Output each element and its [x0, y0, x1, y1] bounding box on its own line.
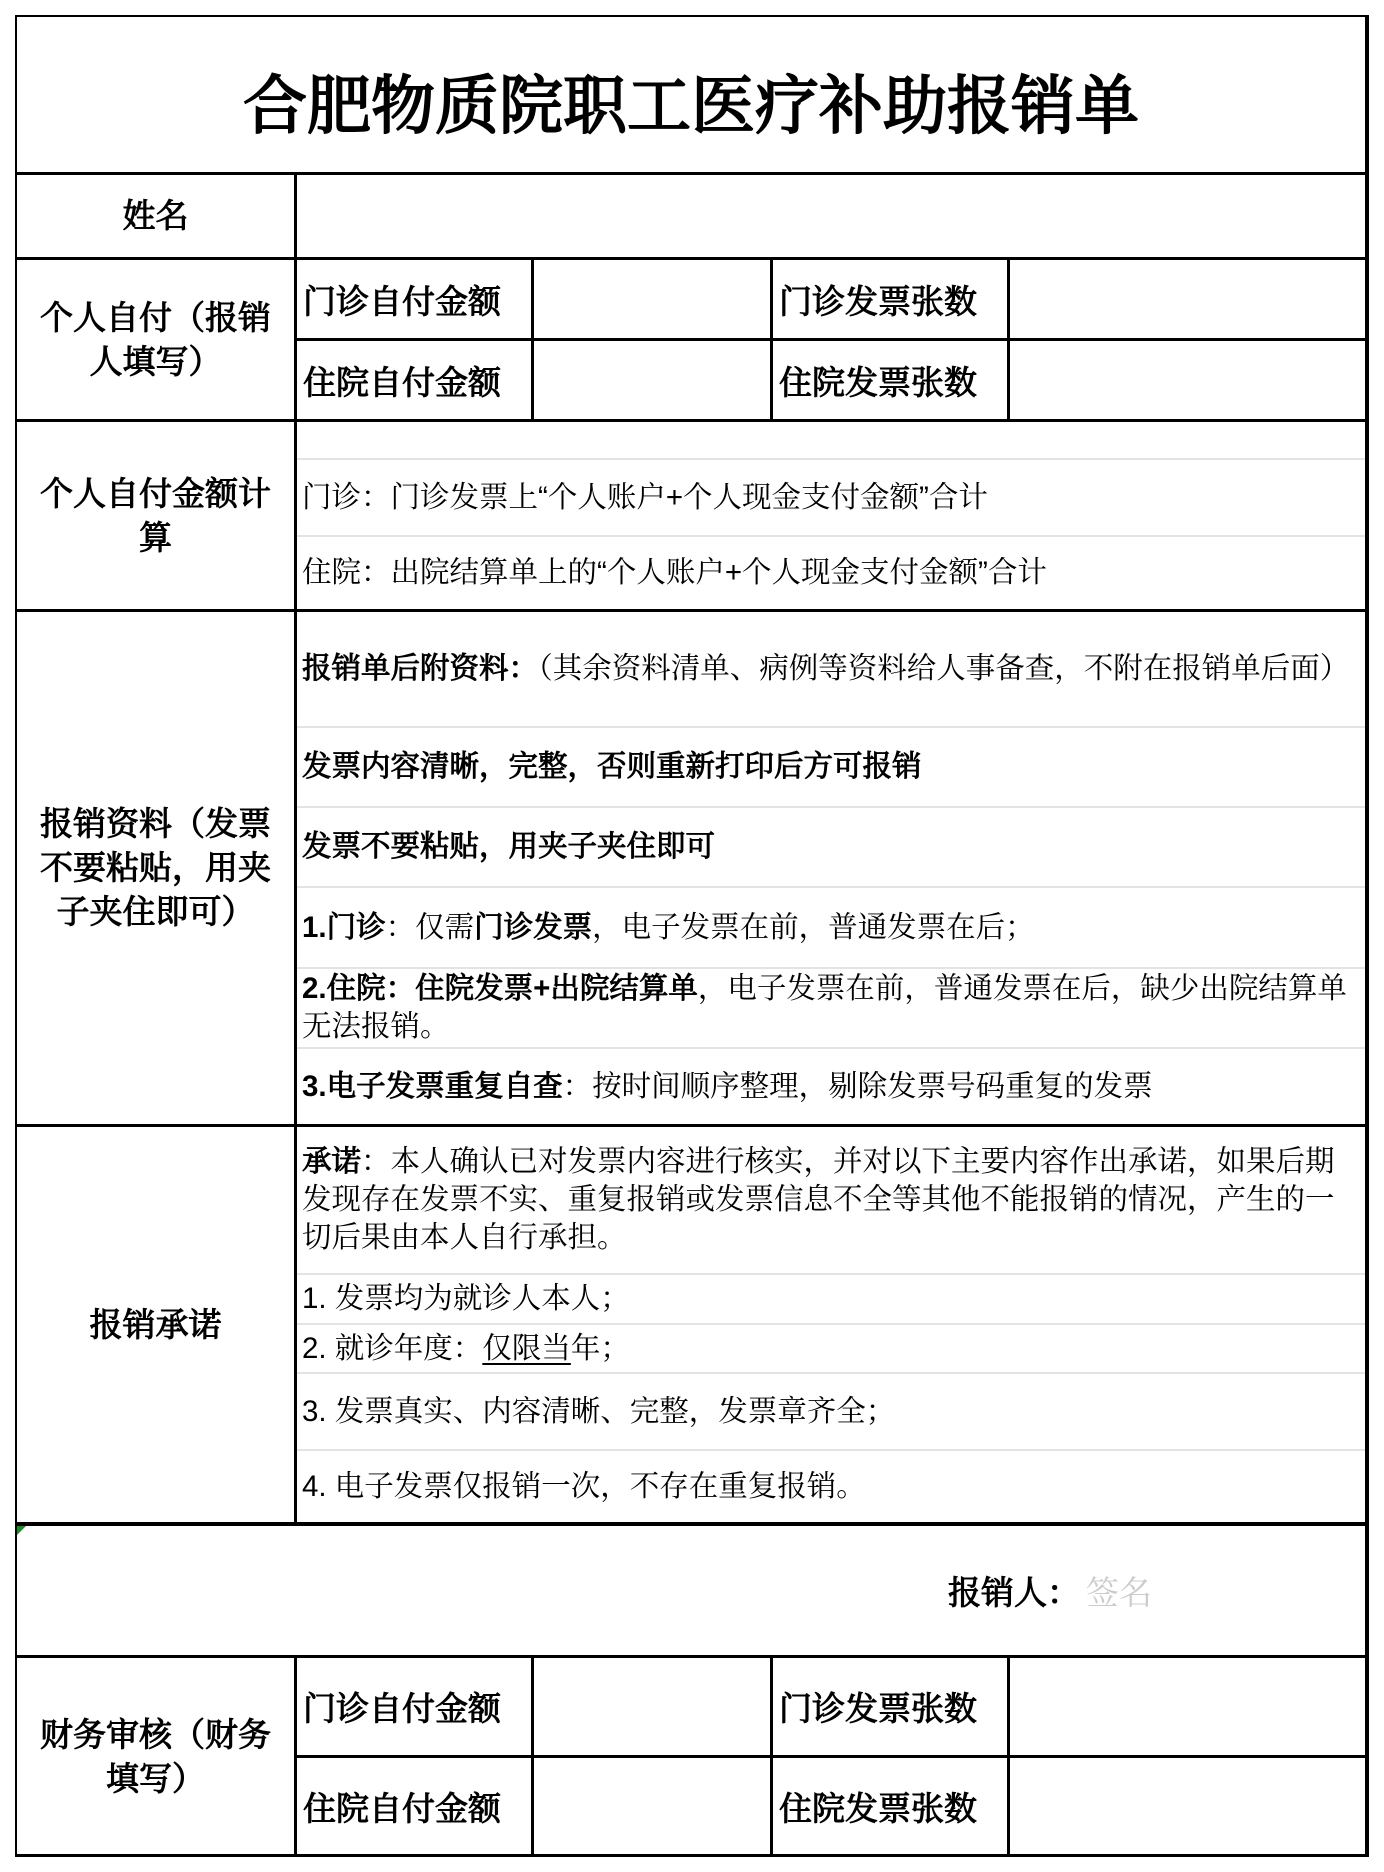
text-segment: （其余资料清单、病例等资料给人事备查，不附在报销单后面） [538, 652, 1349, 685]
materials-item-text: 发票不要粘贴，用夹子夹住即可 [302, 828, 1352, 866]
materials-item: 发票内容清晰，完整，否则重新打印后方可报销 [297, 728, 1365, 806]
signature-field[interactable]: 报销人： 签名 [948, 1526, 1152, 1655]
text-bold-segment: 3.电子发票重复自查 [302, 1070, 563, 1103]
finance-outpatient-invoice-count-label: 门诊发票张数 [773, 1658, 1007, 1755]
commitment-statement-text: 承诺：本人确认已对发票内容进行核实，并对以下主要内容作出承诺，如果后期发现存在发… [302, 1143, 1352, 1257]
materials-item: 发票不要粘贴，用夹子夹住即可 [297, 808, 1365, 886]
text-bold-segment: 发票内容清晰，完整，否则重新打印后方可报销 [302, 750, 922, 783]
calculation-line-outpatient: 门诊：门诊发票上“个人账户+个人现金支付金额”合计 [297, 460, 1365, 535]
materials-item: 报销单后附资料：（其余资料清单、病例等资料给人事备查，不附在报销单后面） [297, 612, 1365, 726]
text-segment: ，电子发票在前，普通发票在后； [592, 911, 1035, 944]
text-bold-segment: 承诺 [302, 1145, 361, 1178]
signature-label: 报销人： [948, 1567, 1080, 1614]
materials-label: 报销资料（发票不要粘贴，用夹子夹住即可） [17, 612, 294, 1124]
signature-placeholder[interactable]: 签名 [1086, 1567, 1152, 1614]
materials-item-text: 1.门诊：仅需门诊发票，电子发票在前，普通发票在后； [302, 909, 1352, 947]
commitment-label: 报销承诺 [17, 1127, 294, 1522]
finance-inpatient-invoice-count-input[interactable] [1010, 1758, 1365, 1855]
name-input-cell[interactable] [297, 175, 1365, 257]
text-segment: ：按时间顺序整理，剔除发票号码重复的发票 [563, 1070, 1153, 1103]
calculation-label: 个人自付金额计算 [17, 422, 294, 609]
finance-outpatient-amount-input[interactable] [534, 1658, 770, 1755]
calculation-inpatient-text: 住院：出院结算单上的“个人账户+个人现金支付金额”合计 [302, 554, 1352, 592]
personal-payment-label: 个人自付（报销人填写） [17, 260, 294, 419]
calculation-line-inpatient: 住院：出院结算单上的“个人账户+个人现金支付金额”合计 [297, 537, 1365, 609]
inpatient-invoice-count-label: 住院发票张数 [773, 341, 1007, 419]
materials-item-text: 报销单后附资料：（其余资料清单、病例等资料给人事备查，不附在报销单后面） [302, 650, 1352, 688]
commitment-statement: 承诺：本人确认已对发票内容进行核实，并对以下主要内容作出承诺，如果后期发现存在发… [297, 1127, 1365, 1273]
text-underlined-segment: 仅限当 [482, 1332, 571, 1365]
inpatient-amount-input[interactable] [534, 341, 770, 419]
text-bold-segment: 1.门诊 [302, 911, 386, 944]
commitment-item-text: 4. 电子发票仅报销一次，不存在重复报销。 [302, 1468, 1352, 1506]
commitment-item: 3. 发票真实、内容清晰、完整，发票章齐全； [297, 1374, 1365, 1449]
text-bold-segment: 2.住院：住院发票+出院结算单 [302, 972, 698, 1005]
commitment-item-text: 1. 发票均为就诊人本人； [302, 1280, 1352, 1318]
outpatient-invoice-count-label: 门诊发票张数 [773, 260, 1007, 338]
calculation-line-empty [297, 422, 1365, 458]
outpatient-amount-label: 门诊自付金额 [297, 260, 531, 338]
name-label-text: 姓名 [35, 194, 276, 238]
text-segment: ：本人确认已对发票内容进行核实，并对以下主要内容作出承诺，如果后期发现存在发票不… [302, 1145, 1335, 1254]
calculation-label-text: 个人自付金额计算 [35, 472, 276, 560]
materials-item: 2.住院：住院发票+出院结算单，电子发票在前，普通发票在后，缺少出院结算单无法报… [297, 969, 1365, 1047]
text-bold-segment: 门诊发票 [474, 911, 592, 944]
finance-inpatient-amount-input[interactable] [534, 1758, 770, 1855]
finance-review-label-text: 财务审核（财务填写） [35, 1713, 276, 1801]
commitment-item-text: 3. 发票真实、内容清晰、完整，发票章齐全； [302, 1393, 1352, 1431]
finance-inpatient-amount-label: 住院自付金额 [297, 1758, 531, 1855]
commitment-item-text: 2. 就诊年度：仅限当年； [302, 1330, 1352, 1368]
commitment-item: 1. 发票均为就诊人本人； [297, 1275, 1365, 1323]
text-segment: 年； [571, 1332, 630, 1365]
form-title: 合肥物质院职工医疗补助报销单 [17, 17, 1365, 172]
text-bold-segment: 报销单后附资料： [302, 652, 538, 685]
signature-row [17, 1526, 1365, 1655]
outpatient-invoice-count-input[interactable] [1010, 260, 1365, 338]
finance-outpatient-amount-label: 门诊自付金额 [297, 1658, 531, 1755]
finance-review-label: 财务审核（财务填写） [17, 1658, 294, 1855]
materials-item-text: 3.电子发票重复自查：按时间顺序整理，剔除发票号码重复的发票 [302, 1068, 1352, 1106]
personal-payment-label-text: 个人自付（报销人填写） [35, 296, 276, 384]
materials-label-text: 报销资料（发票不要粘贴，用夹子夹住即可） [35, 802, 276, 934]
materials-item-text: 2.住院：住院发票+出院结算单，电子发票在前，普通发票在后，缺少出院结算单无法报… [302, 970, 1352, 1046]
materials-item: 3.电子发票重复自查：按时间顺序整理，剔除发票号码重复的发票 [297, 1049, 1365, 1124]
text-segment: ：仅需 [386, 911, 475, 944]
inpatient-amount-label: 住院自付金额 [297, 341, 531, 419]
commitment-item: 2. 就诊年度：仅限当年； [297, 1325, 1365, 1372]
text-segment: 2. 就诊年度： [302, 1332, 482, 1365]
text-bold-segment: 发票不要粘贴，用夹子夹住即可 [302, 830, 715, 863]
finance-inpatient-invoice-count-label: 住院发票张数 [773, 1758, 1007, 1855]
commitment-item: 4. 电子发票仅报销一次，不存在重复报销。 [297, 1451, 1365, 1522]
inpatient-invoice-count-input[interactable] [1010, 341, 1365, 419]
name-label: 姓名 [17, 175, 294, 257]
outpatient-amount-input[interactable] [534, 260, 770, 338]
materials-item: 1.门诊：仅需门诊发票，电子发票在前，普通发票在后； [297, 888, 1365, 967]
calculation-outpatient-text: 门诊：门诊发票上“个人账户+个人现金支付金额”合计 [302, 479, 1352, 517]
materials-item-text: 发票内容清晰，完整，否则重新打印后方可报销 [302, 748, 1352, 786]
commitment-label-text: 报销承诺 [35, 1303, 276, 1347]
finance-outpatient-invoice-count-input[interactable] [1010, 1658, 1365, 1755]
